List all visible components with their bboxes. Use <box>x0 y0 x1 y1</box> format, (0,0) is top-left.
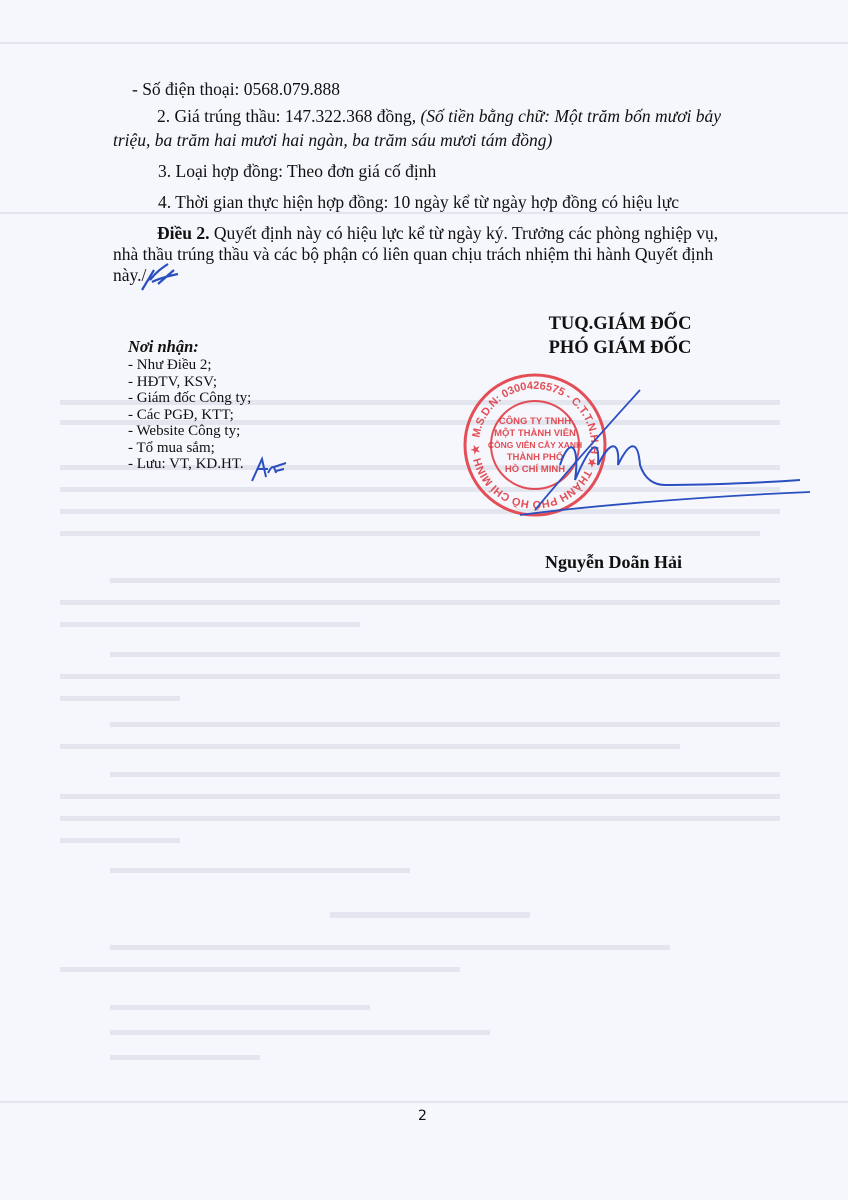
contract-time: 4. Thời gian thực hiện hợp đồng: 10 ngày… <box>158 191 679 213</box>
price-label: 2. Giá trúng thầu: 147.322.368 đồng, <box>157 106 420 126</box>
price-in-words-cont: triệu, ba trăm hai mươi hai ngàn, ba tră… <box>113 129 552 151</box>
footer-rule <box>0 1101 848 1103</box>
recipients-title: Nơi nhận: <box>128 337 251 357</box>
signer-line-1: TUQ.GIÁM ĐỐC <box>530 312 710 336</box>
recipient-item: - Lưu: VT, KD.HT. <box>128 456 251 473</box>
signer-line-2: PHÓ GIÁM ĐỐC <box>530 336 710 360</box>
initial-signature-icon <box>248 455 288 485</box>
initial-signature-icon <box>138 260 183 292</box>
contract-type: 3. Loại hợp đồng: Theo đơn giá cố định <box>158 160 436 182</box>
recipient-item: - Như Điều 2; <box>128 357 251 374</box>
recipient-item: - HĐTV, KSV; <box>128 374 251 391</box>
signer-name: Nguyễn Doãn Hải <box>545 552 682 573</box>
recipient-item: - Website Công ty; <box>128 423 251 440</box>
article-2-text: Quyết định này có hiệu lực kể từ ngày ký… <box>210 223 719 243</box>
price-in-words: (Số tiền bằng chữ: Một trăm bốn mươi bảy <box>420 106 721 126</box>
recipients-block: Nơi nhận: - Như Điều 2; - HĐTV, KSV; - G… <box>128 337 251 473</box>
winning-price: 2. Giá trúng thầu: 147.322.368 đồng, (Số… <box>157 105 721 127</box>
recipient-item: - Giám đốc Công ty; <box>128 390 251 407</box>
recipient-item: - Tổ mua sắm; <box>128 440 251 457</box>
page-number: 2 <box>418 1108 427 1124</box>
article-2-cont: nhà thầu trúng thầu và các bộ phận có li… <box>113 243 713 265</box>
signer-title: TUQ.GIÁM ĐỐC PHÓ GIÁM ĐỐC <box>530 312 710 360</box>
phone-line: - Số điện thoại: 0568.079.888 <box>132 78 340 100</box>
recipient-item: - Các PGĐ, KTT; <box>128 407 251 424</box>
article-2-label: Điều 2. <box>157 223 210 243</box>
article-2: Điều 2. Quyết định này có hiệu lực kể từ… <box>157 222 718 244</box>
director-signature-icon <box>460 385 820 520</box>
